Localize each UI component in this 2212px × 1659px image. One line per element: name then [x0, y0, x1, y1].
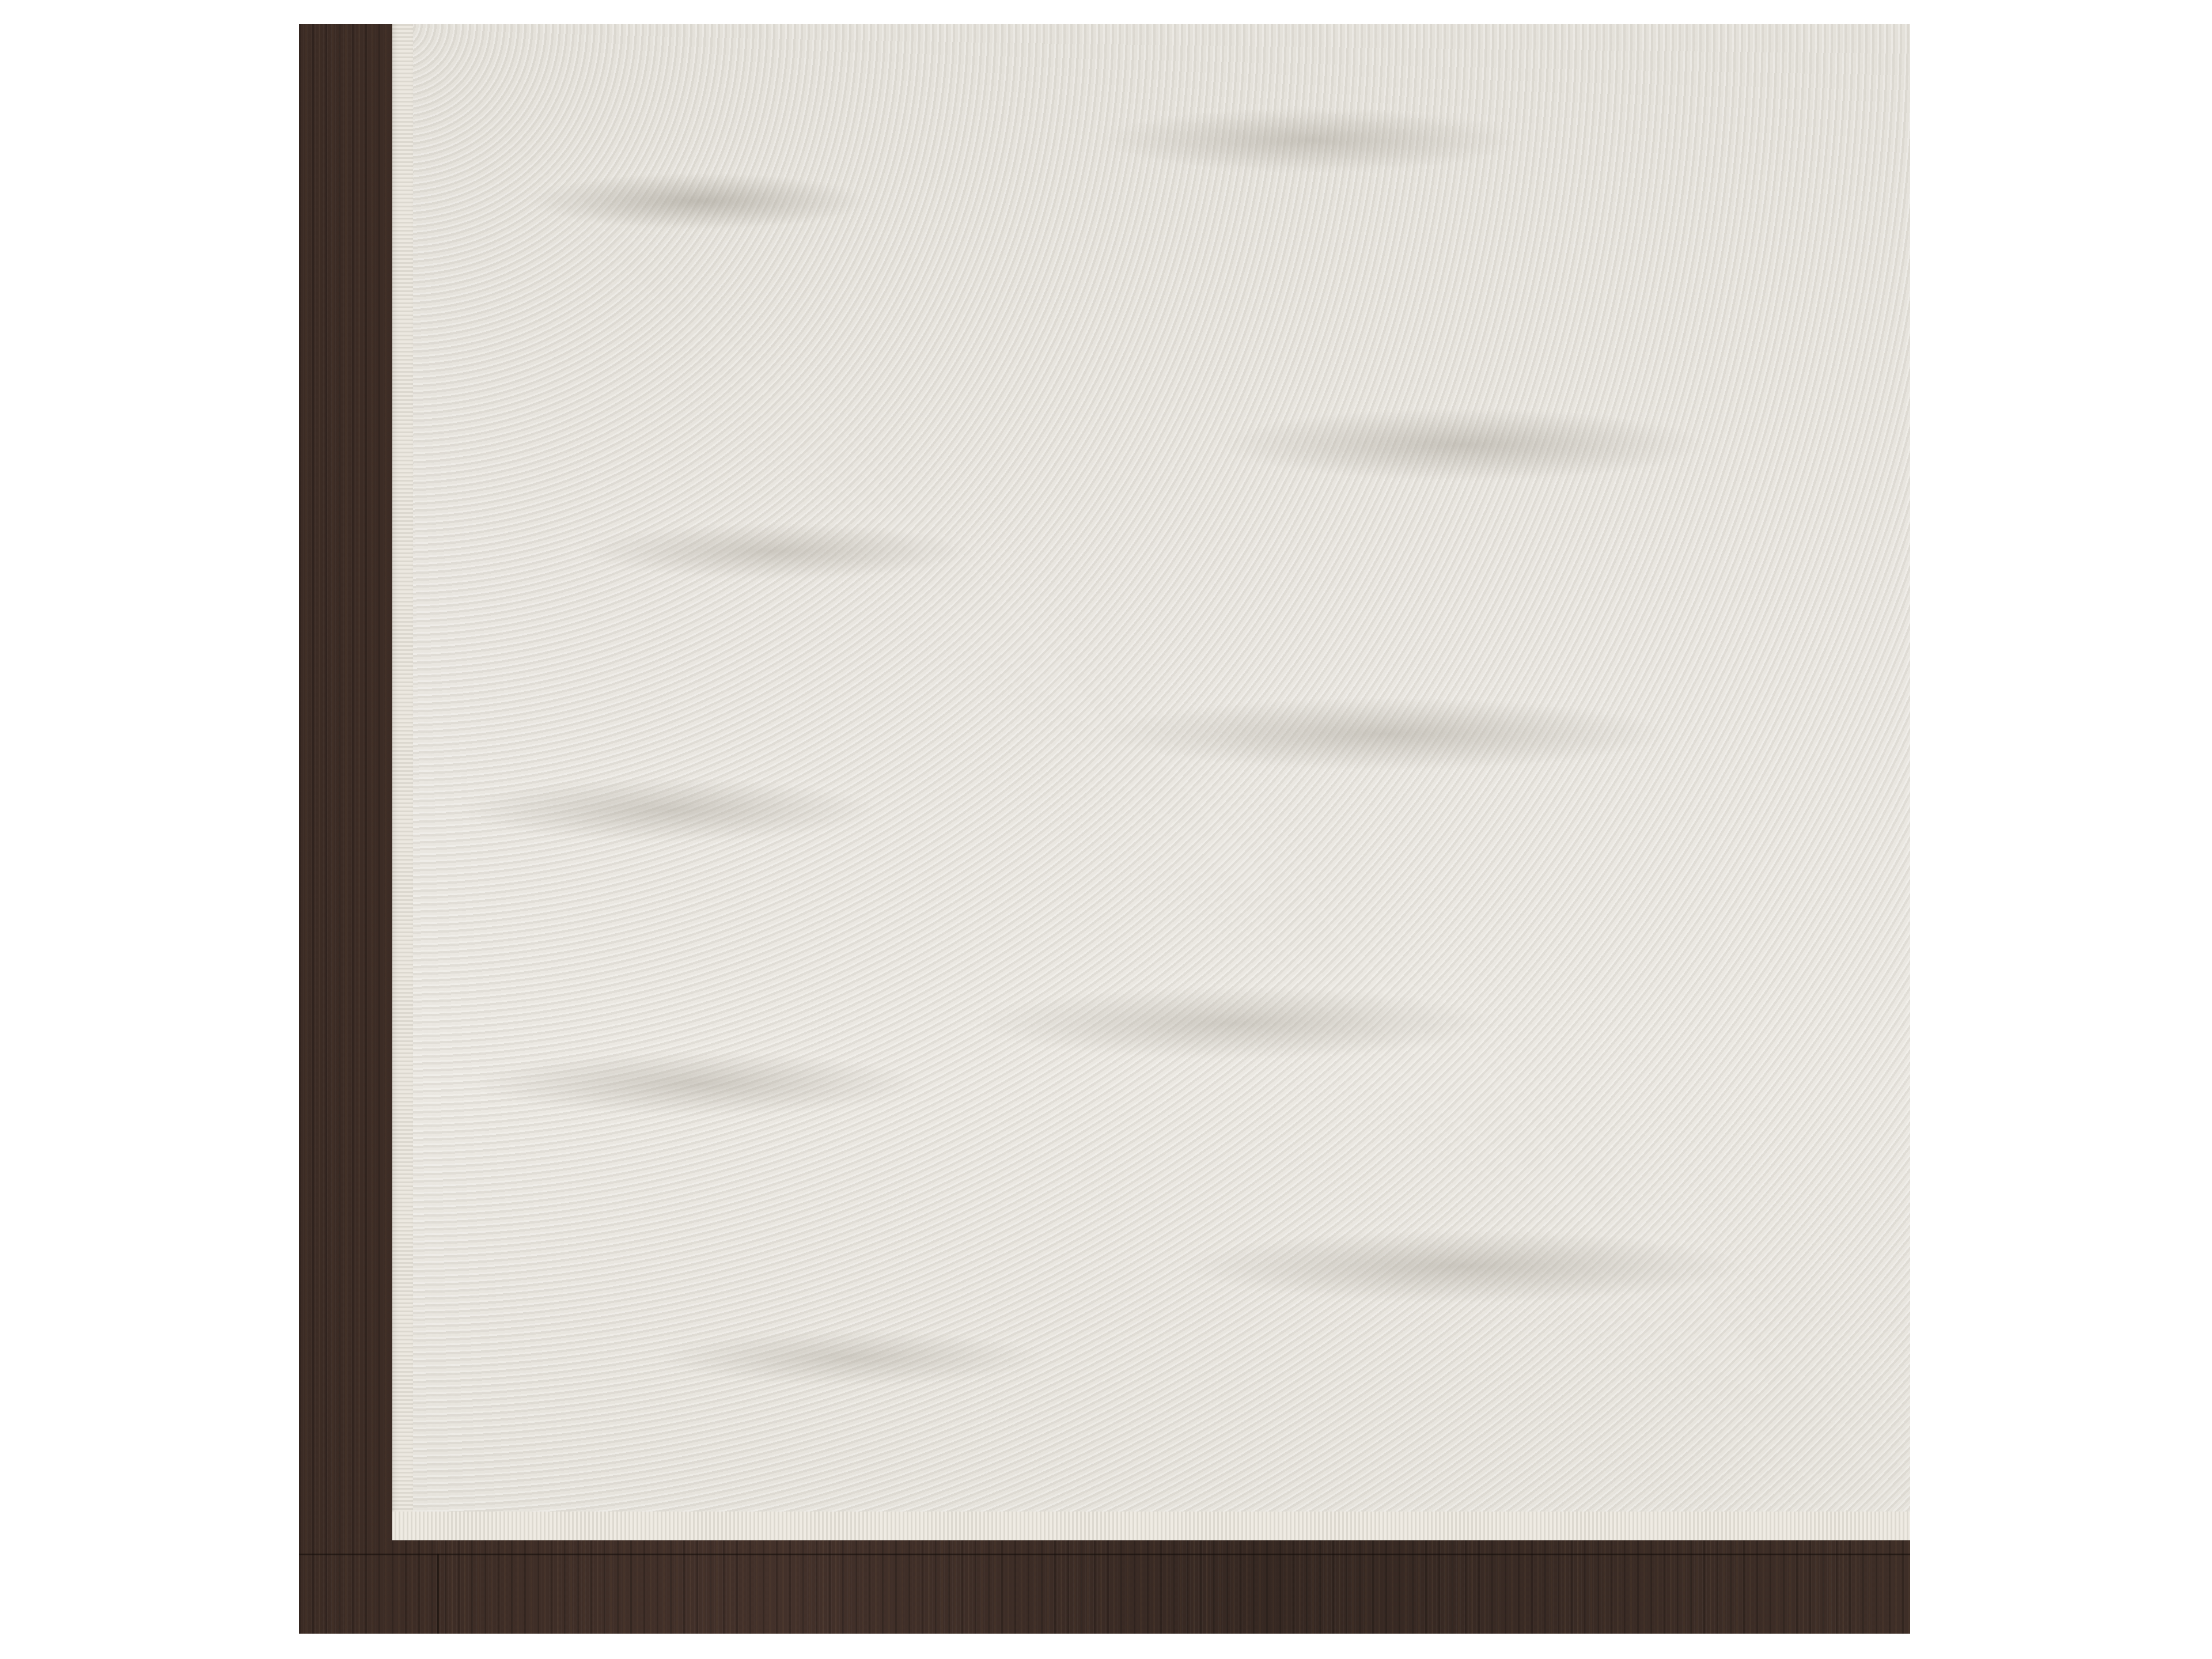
rug-binding-bottom [392, 1512, 1910, 1540]
rug-binding-left [392, 24, 413, 1540]
floor-seam [437, 1554, 439, 1634]
shag-rug [392, 24, 1910, 1540]
floor-seam [299, 1554, 1910, 1555]
product-photo [299, 24, 1910, 1634]
